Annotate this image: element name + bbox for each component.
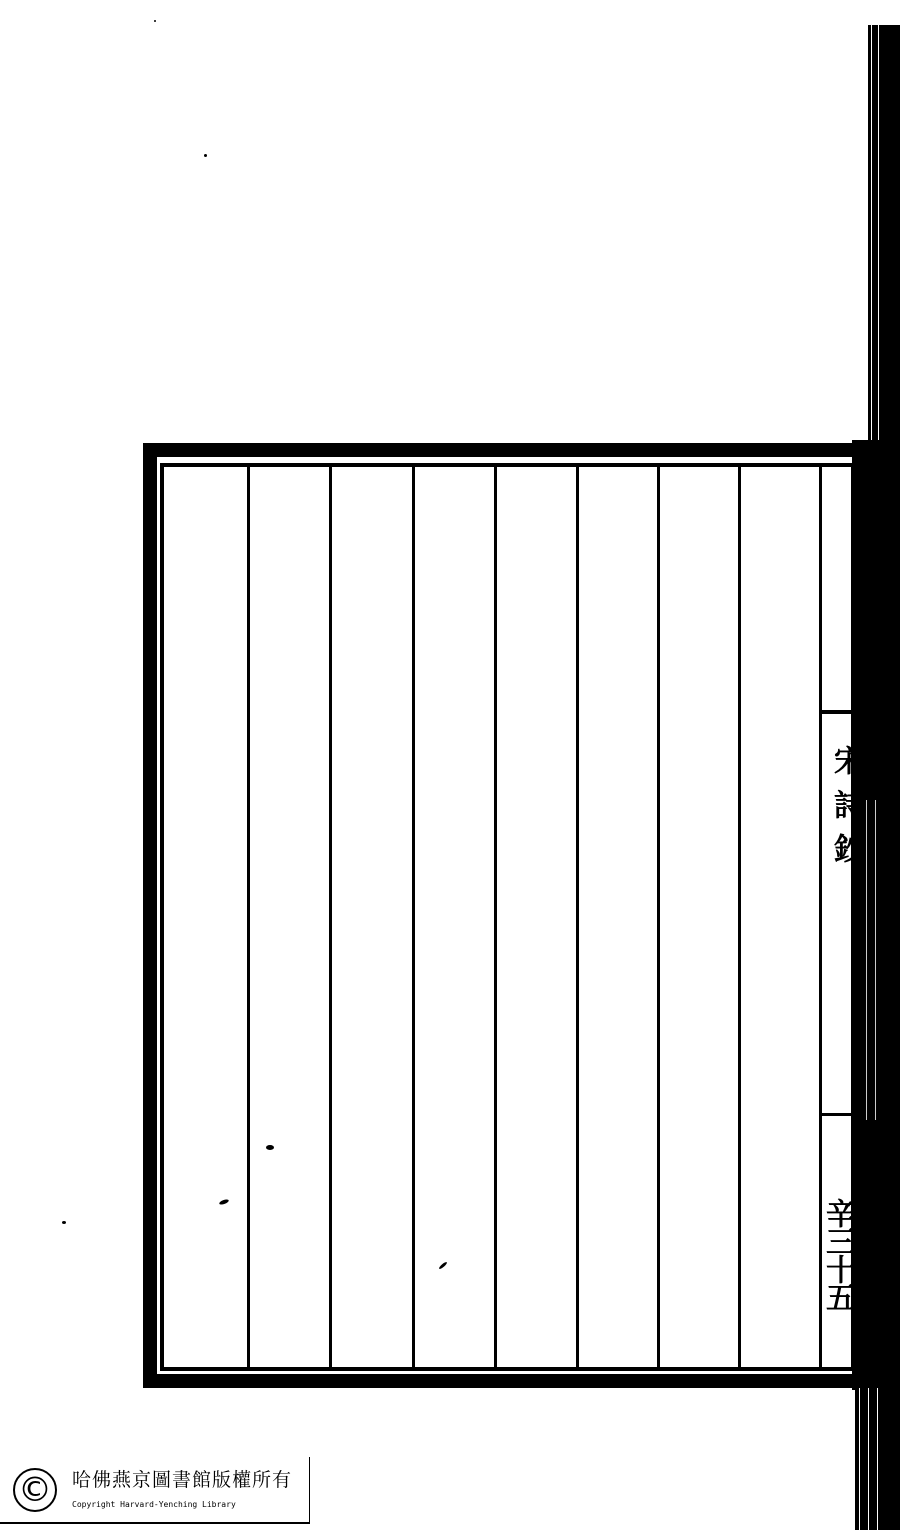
ink-speck: [154, 20, 156, 22]
ink-speck: [62, 1221, 66, 1224]
column-rule: [494, 467, 497, 1367]
inner-border-frame: [160, 463, 855, 1371]
band-title: 宋詩鈔: [836, 745, 860, 877]
binding-spine-top: [868, 25, 900, 445]
copyright-icon: ©: [13, 1468, 57, 1512]
column-rule: [247, 467, 250, 1367]
copyright-english: Copyright Harvard-Yenching Library: [72, 1500, 236, 1509]
band-rule-divider: [820, 1113, 856, 1116]
ink-speck: [204, 154, 207, 157]
copyright-chinese: 哈佛燕京圖書館版權所有: [72, 1465, 292, 1492]
ink-speck: [266, 1145, 274, 1150]
binding-spine-bottom: [855, 1388, 900, 1530]
column-rule: [657, 467, 660, 1367]
column-rule: [412, 467, 415, 1367]
column-rule: [329, 467, 332, 1367]
column-rule: [738, 467, 741, 1367]
column-rule: [576, 467, 579, 1367]
folio-number: 辛三十五: [816, 1198, 852, 1310]
band-rule-top: [820, 710, 856, 714]
copyright-stamp: © 哈佛燕京圖書館版權所有 Copyright Harvard-Yenching…: [0, 1457, 310, 1524]
